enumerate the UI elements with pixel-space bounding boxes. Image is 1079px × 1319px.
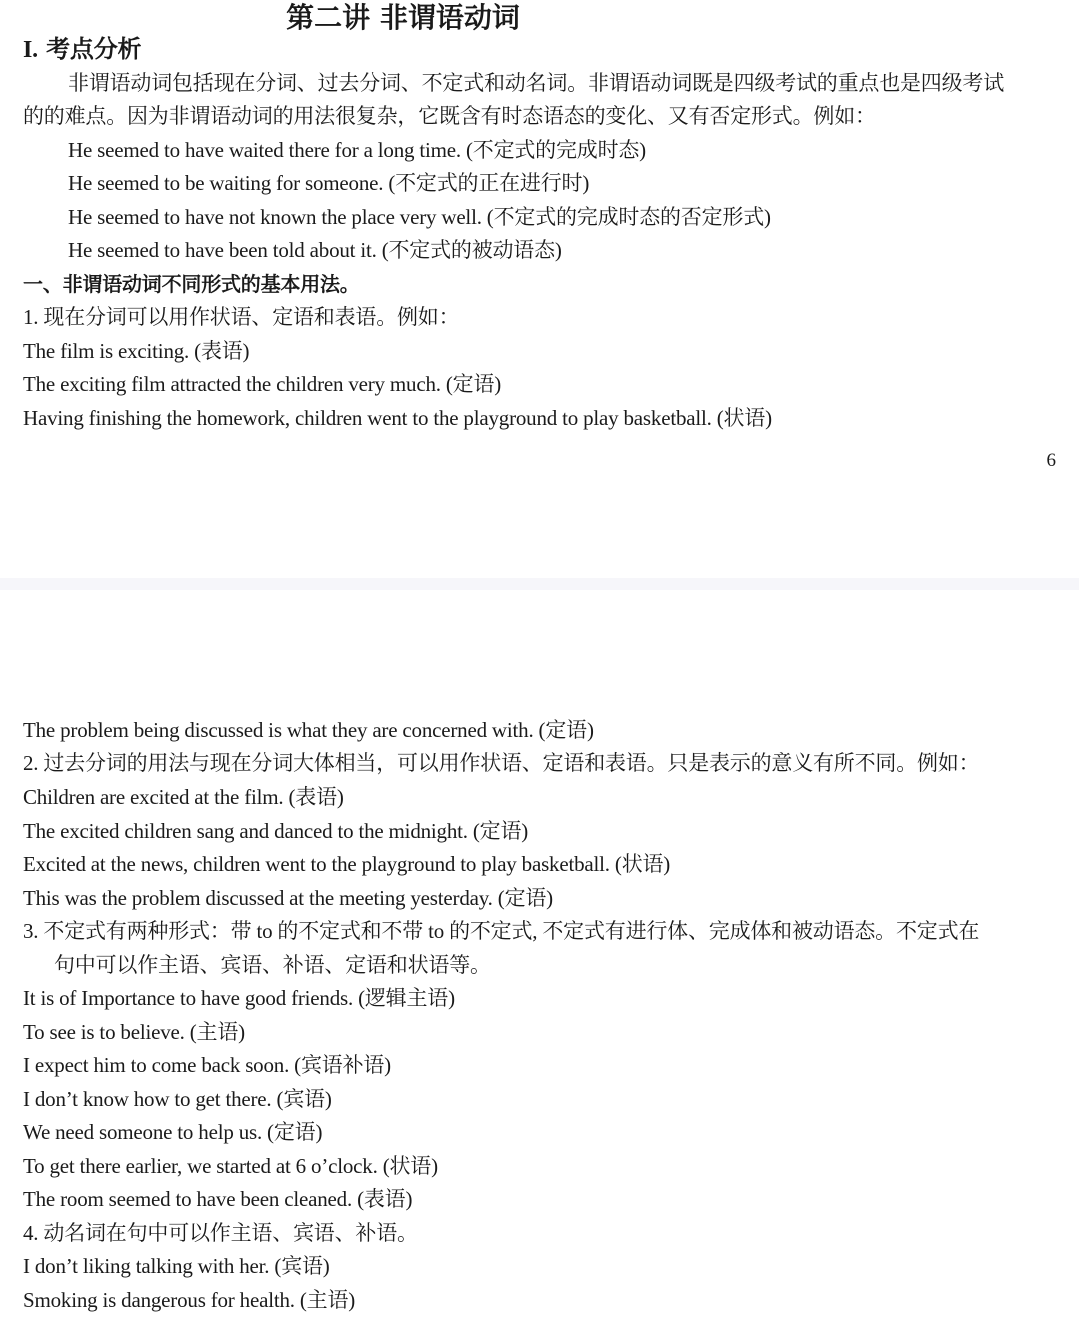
example-line: I don’t liking talking with her. (宾语) — [23, 1251, 330, 1281]
section-heading-text: 考点分析 — [46, 35, 141, 63]
example-line: Children are excited at the film. (表语) — [23, 782, 344, 812]
numbered-point: 4. 动名词在句中可以作主语、宾语、补语。 — [23, 1218, 418, 1248]
numbered-point: 3. 不定式有两种形式：带 to 的不定式和不带 to 的不定式, 不定式有进行… — [23, 916, 979, 946]
subheading: 一、非谓语动词不同形式的基本用法。 — [23, 269, 360, 299]
example-line: He seemed to have been told about it. (不… — [68, 235, 562, 265]
example-line: Smoking is dangerous for health. (主语) — [23, 1285, 355, 1315]
example-line: He seemed to have not known the place ve… — [68, 202, 771, 232]
example-line: The exciting film attracted the children… — [23, 369, 501, 399]
example-line: To see is to believe. (主语) — [23, 1017, 245, 1047]
example-line: The excited children sang and danced to … — [23, 816, 528, 846]
intro-line-1: 非谓语动词包括现在分词、过去分词、不定式和动名词。非谓语动词既是四级考试的重点也… — [68, 68, 1004, 98]
section-heading: I. 考点分析 — [23, 34, 141, 65]
example-line: The room seemed to have been cleaned. (表… — [23, 1184, 412, 1214]
document-page-2: The problem being discussed is what they… — [0, 590, 1079, 1319]
page-number: 6 — [1047, 450, 1057, 472]
example-line: Having finishing the homework, children … — [23, 403, 772, 433]
example-line: This was the problem discussed at the me… — [23, 883, 553, 913]
example-line: The problem being discussed is what they… — [23, 715, 594, 745]
example-line: We need someone to help us. (定语) — [23, 1117, 322, 1147]
example-line: Excited at the news, children went to th… — [23, 849, 670, 879]
example-line: The film is exciting. (表语) — [23, 336, 249, 366]
numbered-point: 1. 现在分词可以用作状语、定语和表语。例如： — [23, 302, 459, 332]
example-line: It is of Importance to have good friends… — [23, 983, 455, 1013]
example-line: He seemed to have waited there for a lon… — [68, 135, 646, 165]
document-page-1: 第二讲 非谓语动词 I. 考点分析 非谓语动词包括现在分词、过去分词、不定式和动… — [0, 0, 1079, 578]
page-title: 第二讲 非谓语动词 — [0, 0, 806, 36]
page-separator — [0, 578, 1079, 590]
example-line: To get there earlier, we started at 6 o’… — [23, 1151, 438, 1181]
example-line: He seemed to be waiting for someone. (不定… — [68, 168, 589, 198]
intro-line-2: 的的难点。因为非谓语动词的用法很复杂，它既含有时态语态的变化、又有否定形式。例如… — [23, 101, 876, 131]
numbered-point: 2. 过去分词的用法与现在分词大体相当，可以用作状语、定语和表语。只是表示的意义… — [23, 748, 979, 778]
numbered-point-continuation: 句中可以作主语、宾语、补语、定语和状语等。 — [54, 950, 491, 980]
example-line: I expect him to come back soon. (宾语补语) — [23, 1050, 391, 1080]
section-numeral: I. — [23, 37, 38, 63]
example-line: I don’t know how to get there. (宾语) — [23, 1084, 332, 1114]
